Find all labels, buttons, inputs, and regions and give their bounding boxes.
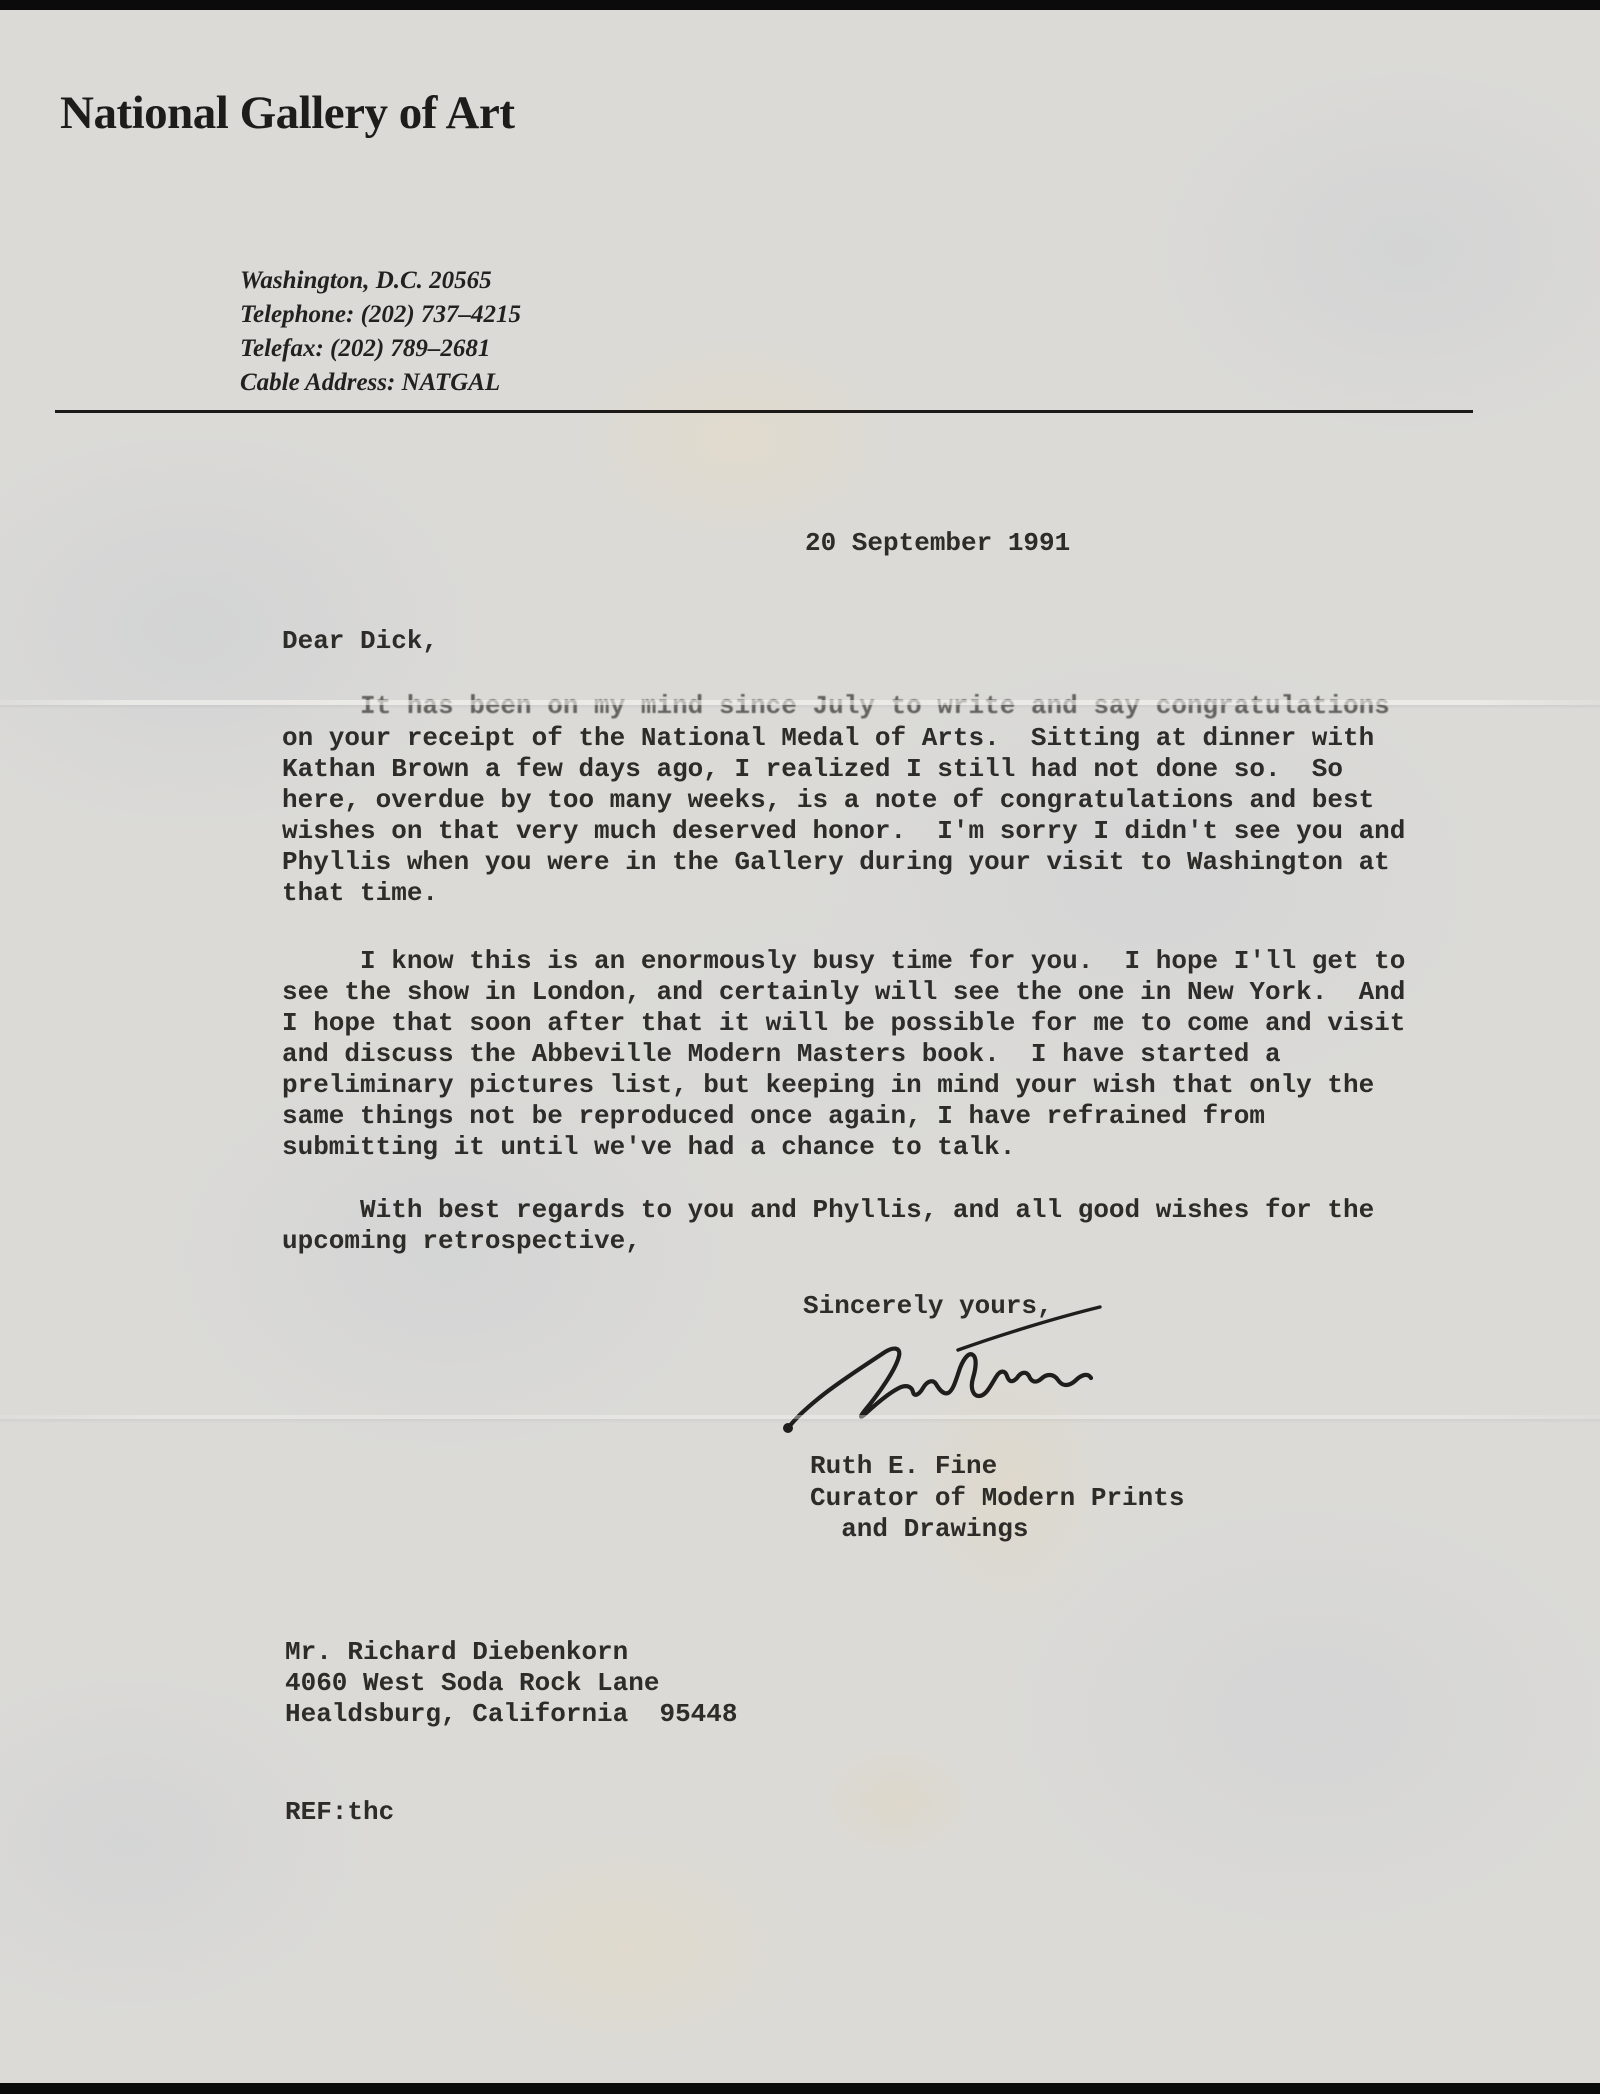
letter-paragraph-3: With best regards to you and Phyllis, an… <box>282 1195 1374 1257</box>
letter-date: 20 September 1991 <box>805 528 1070 559</box>
scanned-letter-page: National Gallery of Art Washington, D.C.… <box>0 0 1600 2094</box>
letterhead-divider-rule <box>55 410 1473 413</box>
recipient-address-block: Mr. Richard Diebenkorn 4060 West Soda Ro… <box>285 1637 737 1730</box>
letter-paragraph-1: on your receipt of the National Medal of… <box>282 723 1405 909</box>
scan-edge-top <box>0 0 1600 10</box>
letterhead-contact-block: Washington, D.C. 20565 Telephone: (202) … <box>240 264 521 400</box>
signature-name: Ruth E. Fine <box>810 1451 997 1482</box>
letterhead-org-name: National Gallery of Art <box>60 86 515 140</box>
scan-edge-bottom <box>0 2083 1600 2094</box>
handwritten-signature-icon <box>760 1298 1120 1448</box>
signature-title: Curator of Modern Prints and Drawings <box>810 1483 1184 1545</box>
letter-paragraph-2: I know this is an enormously busy time f… <box>282 946 1405 1163</box>
letter-salutation: Dear Dick, <box>282 626 438 657</box>
letter-paragraph-1-faded-line: It has been on my mind since July to wri… <box>282 691 1390 722</box>
typist-reference: REF:thc <box>285 1797 394 1828</box>
